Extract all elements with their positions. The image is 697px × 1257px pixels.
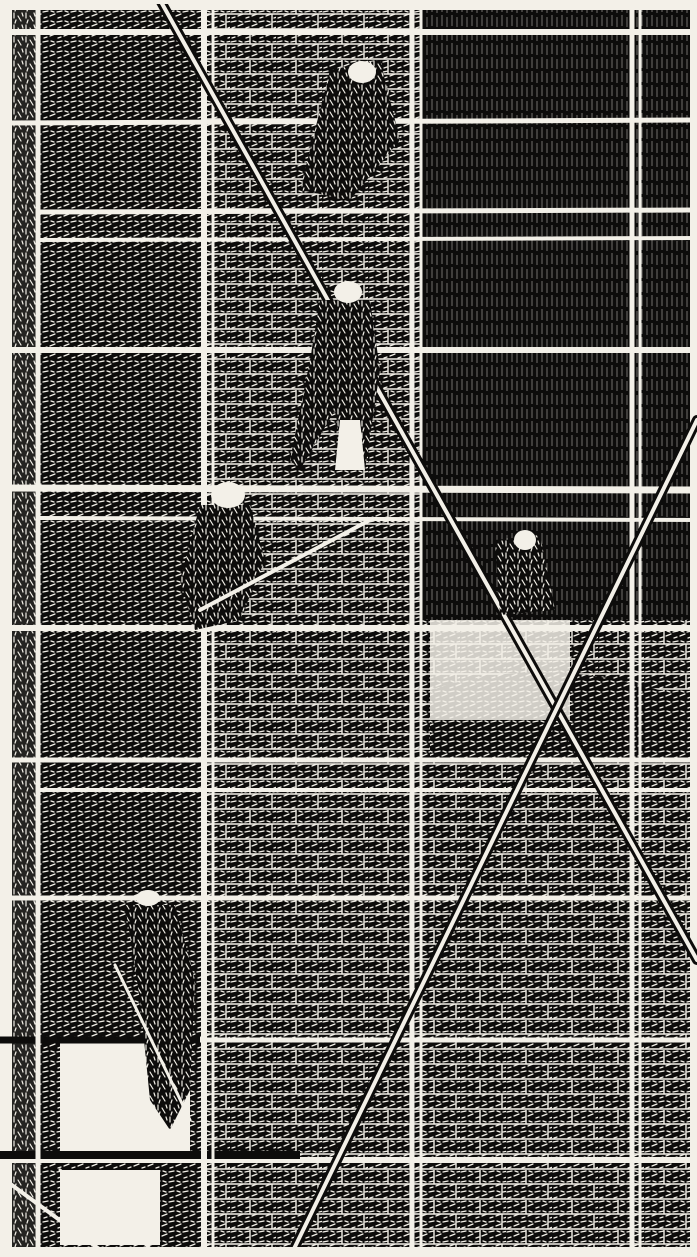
hard-hat-icon <box>136 890 160 906</box>
paper-margin-bottom <box>0 1247 697 1257</box>
woodcut-print <box>0 0 697 1257</box>
hard-hat-icon <box>514 530 536 550</box>
hard-hat-icon <box>211 482 245 508</box>
hard-hat-icon <box>334 281 362 303</box>
hard-hat-icon <box>348 61 376 83</box>
paper-margin-top <box>0 0 697 4</box>
